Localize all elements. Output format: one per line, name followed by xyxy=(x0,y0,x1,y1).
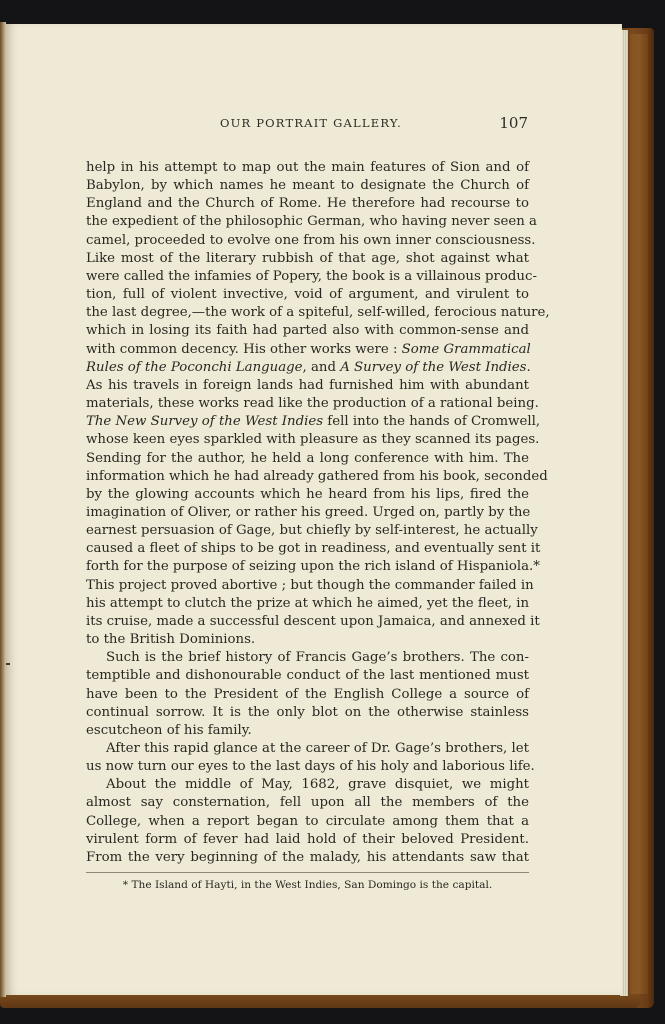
text-line: have been to the President of the Englis… xyxy=(86,686,529,704)
text-line: imagination of Oliver, or rather his gre… xyxy=(86,504,529,522)
text-line: Babylon, by which names he meant to desi… xyxy=(86,177,529,195)
text-line: After this rapid glance at the career of… xyxy=(86,740,529,758)
text-line: us now turn our eyes to the last days of… xyxy=(86,758,529,776)
text-line: the expedient of the philosophic German,… xyxy=(86,213,529,231)
book-title-italic: The New Survey of the West Indies xyxy=(86,414,323,429)
footnote-divider xyxy=(86,872,529,873)
text-run: . xyxy=(526,360,530,375)
page-header: OUR PORTRAIT GALLERY. 107 xyxy=(86,116,528,134)
text-line: continual sorrow. It is the only blot on… xyxy=(86,704,529,722)
text-line: virulent form of fever had laid hold of … xyxy=(86,831,529,849)
text-line: Sending for the author, he held a long c… xyxy=(86,450,529,468)
text-line: The New Survey of the West Indies fell i… xyxy=(86,413,529,431)
text-line: information which he had already gathere… xyxy=(86,468,529,486)
text-line: About the middle of May, 1682, grave dis… xyxy=(86,776,529,794)
text-line: were called the infamies of Popery, the … xyxy=(86,268,529,286)
text-line: almost say consternation, fell upon all … xyxy=(86,794,529,812)
text-line: his attempt to clutch the prize at which… xyxy=(86,595,529,613)
running-title: OUR PORTRAIT GALLERY. xyxy=(220,116,402,130)
page-number: 107 xyxy=(499,114,528,132)
book-cover-bottom-edge xyxy=(0,994,640,1008)
text-line: materials, these works read like the pro… xyxy=(86,395,529,413)
text-line: by the glowing accounts which he heard f… xyxy=(86,486,529,504)
paragraph-4: About the middle of May, 1682, grave dis… xyxy=(86,776,529,867)
text-line: temptible and dishonourable conduct of t… xyxy=(86,667,529,685)
text-line: Like most of the literary rubbish of tha… xyxy=(86,250,529,268)
text-line: College, when a report began to circulat… xyxy=(86,813,529,831)
book-title-italic: Rules of the Poconchi Language xyxy=(86,360,303,375)
text-line: its cruise, made a successful descent up… xyxy=(86,613,529,631)
text-line: This project proved abortive ; but thoug… xyxy=(86,577,529,595)
text-line: earnest persuasion of Gage, but chiefly … xyxy=(86,522,529,540)
text-line: to the British Dominions. xyxy=(86,631,529,649)
paragraph-3: After this rapid glance at the career of… xyxy=(86,740,529,776)
book-title-italic: A Survey of the West Indies xyxy=(340,360,526,375)
gutter-mark xyxy=(6,663,10,665)
text-run: with common decency. His other works wer… xyxy=(86,342,402,357)
paragraph-1: help in his attempt to map out the main … xyxy=(86,159,529,649)
text-run: , and xyxy=(303,360,341,375)
text-line: which in losing its faith had parted als… xyxy=(86,322,529,340)
body-text: help in his attempt to map out the main … xyxy=(86,159,529,867)
book-cover-highlight xyxy=(630,34,648,994)
text-line: England and the Church of Rome. He there… xyxy=(86,195,529,213)
footnote: * The Island of Hayti, in the West Indie… xyxy=(86,879,529,891)
text-line: Such is the brief history of Francis Gag… xyxy=(86,649,529,667)
text-line: From the very beginning of the malady, h… xyxy=(86,849,529,867)
text-line: the last degree,—the work of a spiteful,… xyxy=(86,304,529,322)
text-line: caused a fleet of ships to be got in rea… xyxy=(86,540,529,558)
text-line: camel, proceeded to evolve one from his … xyxy=(86,232,529,250)
text-line: escutcheon of his family. xyxy=(86,722,529,740)
paragraph-2: Such is the brief history of Francis Gag… xyxy=(86,649,529,740)
text-line: As his travels in foreign lands had furn… xyxy=(86,377,529,395)
text-line: tion, full of violent invective, void of… xyxy=(86,286,529,304)
text-line: with common decency. His other works wer… xyxy=(86,341,529,359)
text-line: forth for the purpose of seizing upon th… xyxy=(86,558,529,576)
text-line: whose keen eyes sparkled with pleasure a… xyxy=(86,431,529,449)
text-line: Rules of the Poconchi Language, and A Su… xyxy=(86,359,529,377)
book-title-italic: Some Grammatical xyxy=(402,342,531,357)
text-run: fell into the hands of Cromwell, xyxy=(323,414,540,429)
text-line: help in his attempt to map out the main … xyxy=(86,159,529,177)
